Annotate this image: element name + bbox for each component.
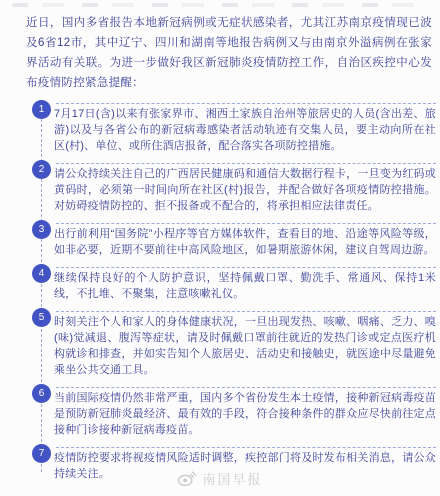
notice-item-6: 6 当前国际疫情仍然非常严重，国内多个省份发生本土疫情，接种新冠病毒疫苗是预防新…: [32, 384, 438, 444]
item-number-badge: 3: [32, 220, 51, 239]
dashed-separator: [56, 103, 436, 104]
item-number-badge: 1: [32, 100, 51, 119]
notice-item-text: 7月17日(含)以来有张家界市、湘西土家族自治州等旅居史的人员(含出差、旅游)以…: [54, 100, 438, 160]
dashed-separator: [56, 223, 436, 224]
dashed-separator: [56, 163, 436, 164]
weibo-watermark: 南国早报: [0, 469, 440, 488]
notice-item-text: 继续保持良好的个人防护意识，坚持佩戴口罩、勤洗手、常通风、保持1米线，不扎堆、不…: [54, 264, 438, 308]
item-number-badge: 2: [32, 160, 51, 179]
dashed-separator: [56, 267, 436, 268]
notice-item-text: 时刻关注个人和家人的身体健康状况，一旦出现发热、咳嗽、咽痛、乏力、嗅(味)觉减退…: [54, 308, 438, 384]
weibo-icon: [177, 470, 197, 487]
item-number-badge: 5: [32, 308, 51, 327]
dashed-separator: [56, 311, 436, 312]
dashed-separator: [56, 447, 436, 448]
jpeg-artifact-band: [12, 3, 428, 7]
item-number-badge: 6: [32, 384, 51, 403]
notice-item-3: 3 出行前利用“国务院”小程序等官方媒体软件，查看目的地、沿途等风险等级，如非必…: [32, 220, 438, 264]
notice-item-text: 当前国际疫情仍然非常严重，国内多个省份发生本土疫情，接种新冠病毒疫苗是预防新冠肺…: [54, 384, 438, 444]
notice-item-list: 1 7月17日(含)以来有张家界市、湘西土家族自治州等旅居史的人员(含出差、旅游…: [32, 100, 438, 488]
item-number-badge: 4: [32, 264, 51, 283]
notice-item-2: 2 请公众持续关注自己的广西居民健康码和通信大数据行程卡，一旦变为红码或黄码时，…: [32, 160, 438, 220]
dashed-separator: [56, 387, 436, 388]
notice-item-5: 5 时刻关注个人和家人的身体健康状况，一旦出现发热、咳嗽、咽痛、乏力、嗅(味)觉…: [32, 308, 438, 384]
item-number-badge: 7: [32, 444, 51, 463]
watermark-text: 南国早报: [202, 469, 262, 488]
notice-item-1: 1 7月17日(含)以来有张家界市、湘西土家族自治州等旅居史的人员(含出差、旅游…: [32, 100, 438, 160]
notice-item-4: 4 继续保持良好的个人防护意识，坚持佩戴口罩、勤洗手、常通风、保持1米线，不扎堆…: [32, 264, 438, 308]
notice-item-text: 出行前利用“国务院”小程序等官方媒体软件，查看目的地、沿途等风险等级，如非必要，…: [54, 220, 438, 264]
notice-intro: 近日，国内多省报告本地新冠病例或无症状感染者，尤其江苏南京疫情现已波及6省12市…: [26, 13, 432, 93]
notice-item-text: 请公众持续关注自己的广西居民健康码和通信大数据行程卡，一旦变为红码或黄码时，必须…: [54, 160, 438, 220]
